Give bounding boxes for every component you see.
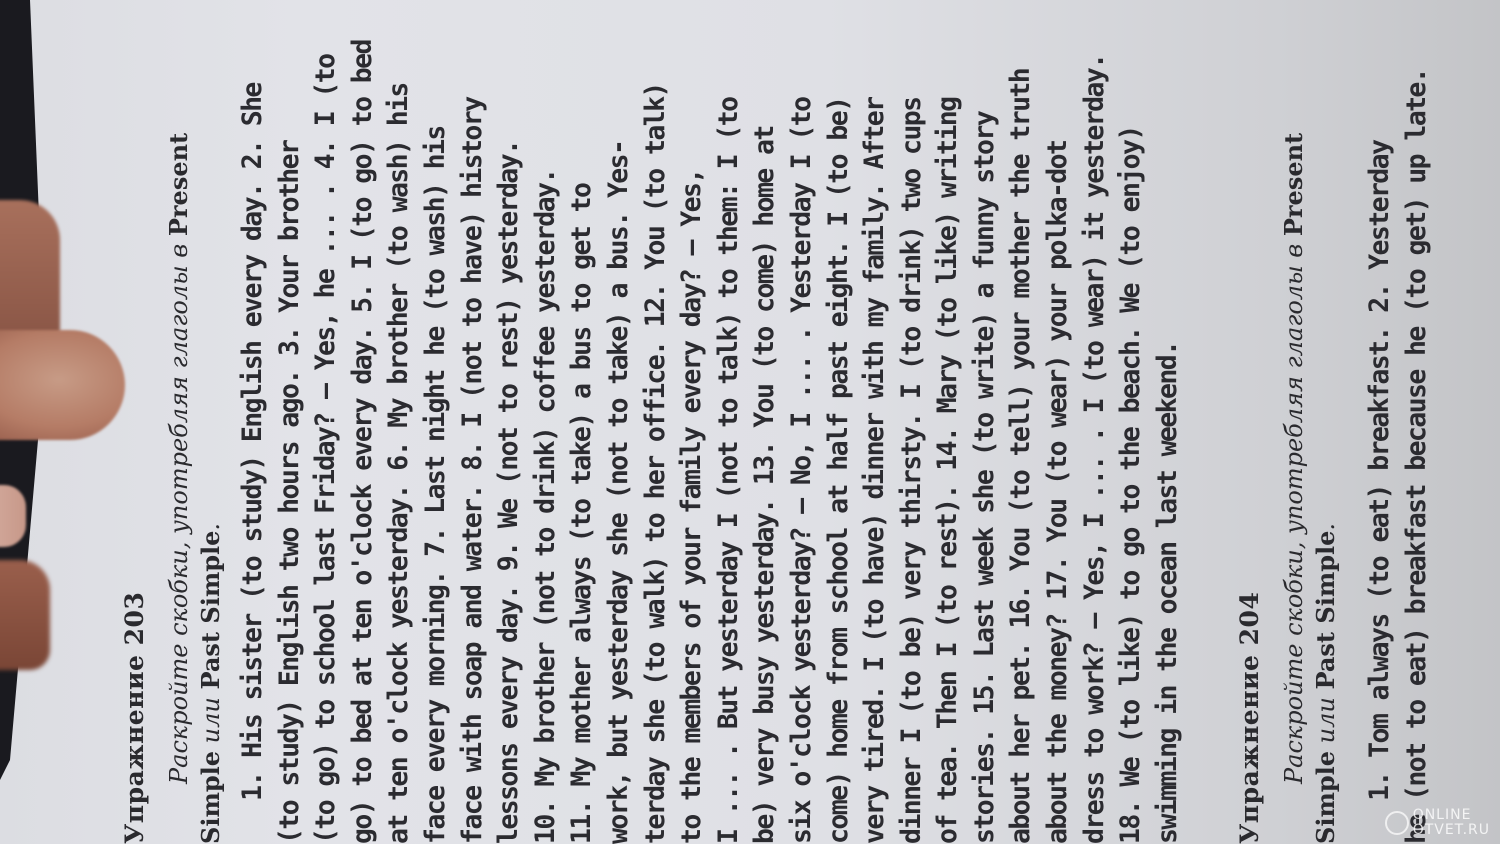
text-line: about the money? 17. You (to wear) your … (1040, 44, 1077, 844)
text-line: 1. Tom always (to eat) breakfast. 2. Yes… (1362, 44, 1399, 844)
thumb (0, 330, 125, 440)
exercise-body: 1. His sister (to study) English every d… (235, 44, 1186, 844)
text-line: go) to bed at ten o'clock every day. 5. … (345, 44, 382, 844)
text-line: be) very busy yesterday. 13. You (to com… (747, 44, 784, 844)
watermark-line1: ONLINE (1413, 808, 1490, 823)
text-line: of tea. Then I (to rest). 14. Mary (to l… (930, 44, 967, 844)
hand-finger-lower (0, 560, 50, 670)
text-line: lessons every day. 9. We (not to rest) y… (491, 44, 528, 844)
text-line: work, but yesterday she (not to take) a … (601, 44, 638, 844)
exercise-instruction: Раскройте скобки, употребляя глаголы в P… (163, 44, 227, 844)
rotated-page-content: Упражнение 203 Раскройте скобки, употреб… (120, 14, 1460, 844)
text-line: very tired. I (to have) dinner with my f… (857, 44, 894, 844)
exercise-203: Упражнение 203 Раскройте скобки, употреб… (120, 44, 1186, 844)
lightbulb-icon (1385, 811, 1409, 835)
text-line: (to go) to school last Friday? — Yes, he… (308, 44, 345, 844)
text-line: dress to work? — Yes, I ... . I (to wear… (1077, 44, 1114, 844)
exercise-204: Упражнение 204 Раскройте скобки, употреб… (1235, 44, 1435, 844)
watermark-line2: OTVET.RU (1413, 823, 1490, 838)
text-line: (to study) English two hours ago. 3. You… (272, 44, 309, 844)
text-line: face with soap and water. 8. I (not to h… (455, 44, 492, 844)
text-line: stories. 15. Last week she (to write) a … (967, 44, 1004, 844)
text-line: six o'clock yesterday? — No, I ... . Yes… (784, 44, 821, 844)
text-line: come) home from school at half past eigh… (821, 44, 858, 844)
text-line: 10. My brother (not to drink) coffee yes… (528, 44, 565, 844)
text-line: face every morning. 7. Last night he (to… (418, 44, 455, 844)
text-line: I ... . But yesterday I (not to talk) to… (711, 44, 748, 844)
exercise-body: 1. Tom always (to eat) breakfast. 2. Yes… (1362, 44, 1435, 844)
text-line: he (not to eat) breakfast because he (to… (1399, 44, 1436, 844)
text-line: 18. We (to like) to go to the beach. We … (1113, 44, 1150, 844)
text-line: swimming in the ocean last weekend. (1150, 44, 1187, 844)
text-line: about her pet. 16. You (to tell) your mo… (1003, 44, 1040, 844)
text-line: terday she (to walk) to her office. 12. … (638, 44, 675, 844)
text-line: 11. My mother always (to take) a bus to … (564, 44, 601, 844)
text-line: dinner I (to be) very thirsty. I (to dri… (894, 44, 931, 844)
hand-finger (0, 200, 60, 340)
thumbnail (0, 485, 26, 547)
exercise-title: Упражнение 203 (120, 44, 149, 844)
watermark: ONLINE OTVET.RU (1385, 808, 1490, 838)
exercise-instruction: Раскройте скобки, употребляя глаголы в P… (1278, 44, 1342, 844)
text-line: to the members of your family every day?… (674, 44, 711, 844)
exercise-title: Упражнение 204 (1235, 44, 1264, 844)
text-line: 1. His sister (to study) English every d… (235, 44, 272, 844)
text-line: at ten o'clock yesterday. 6. My brother … (381, 44, 418, 844)
